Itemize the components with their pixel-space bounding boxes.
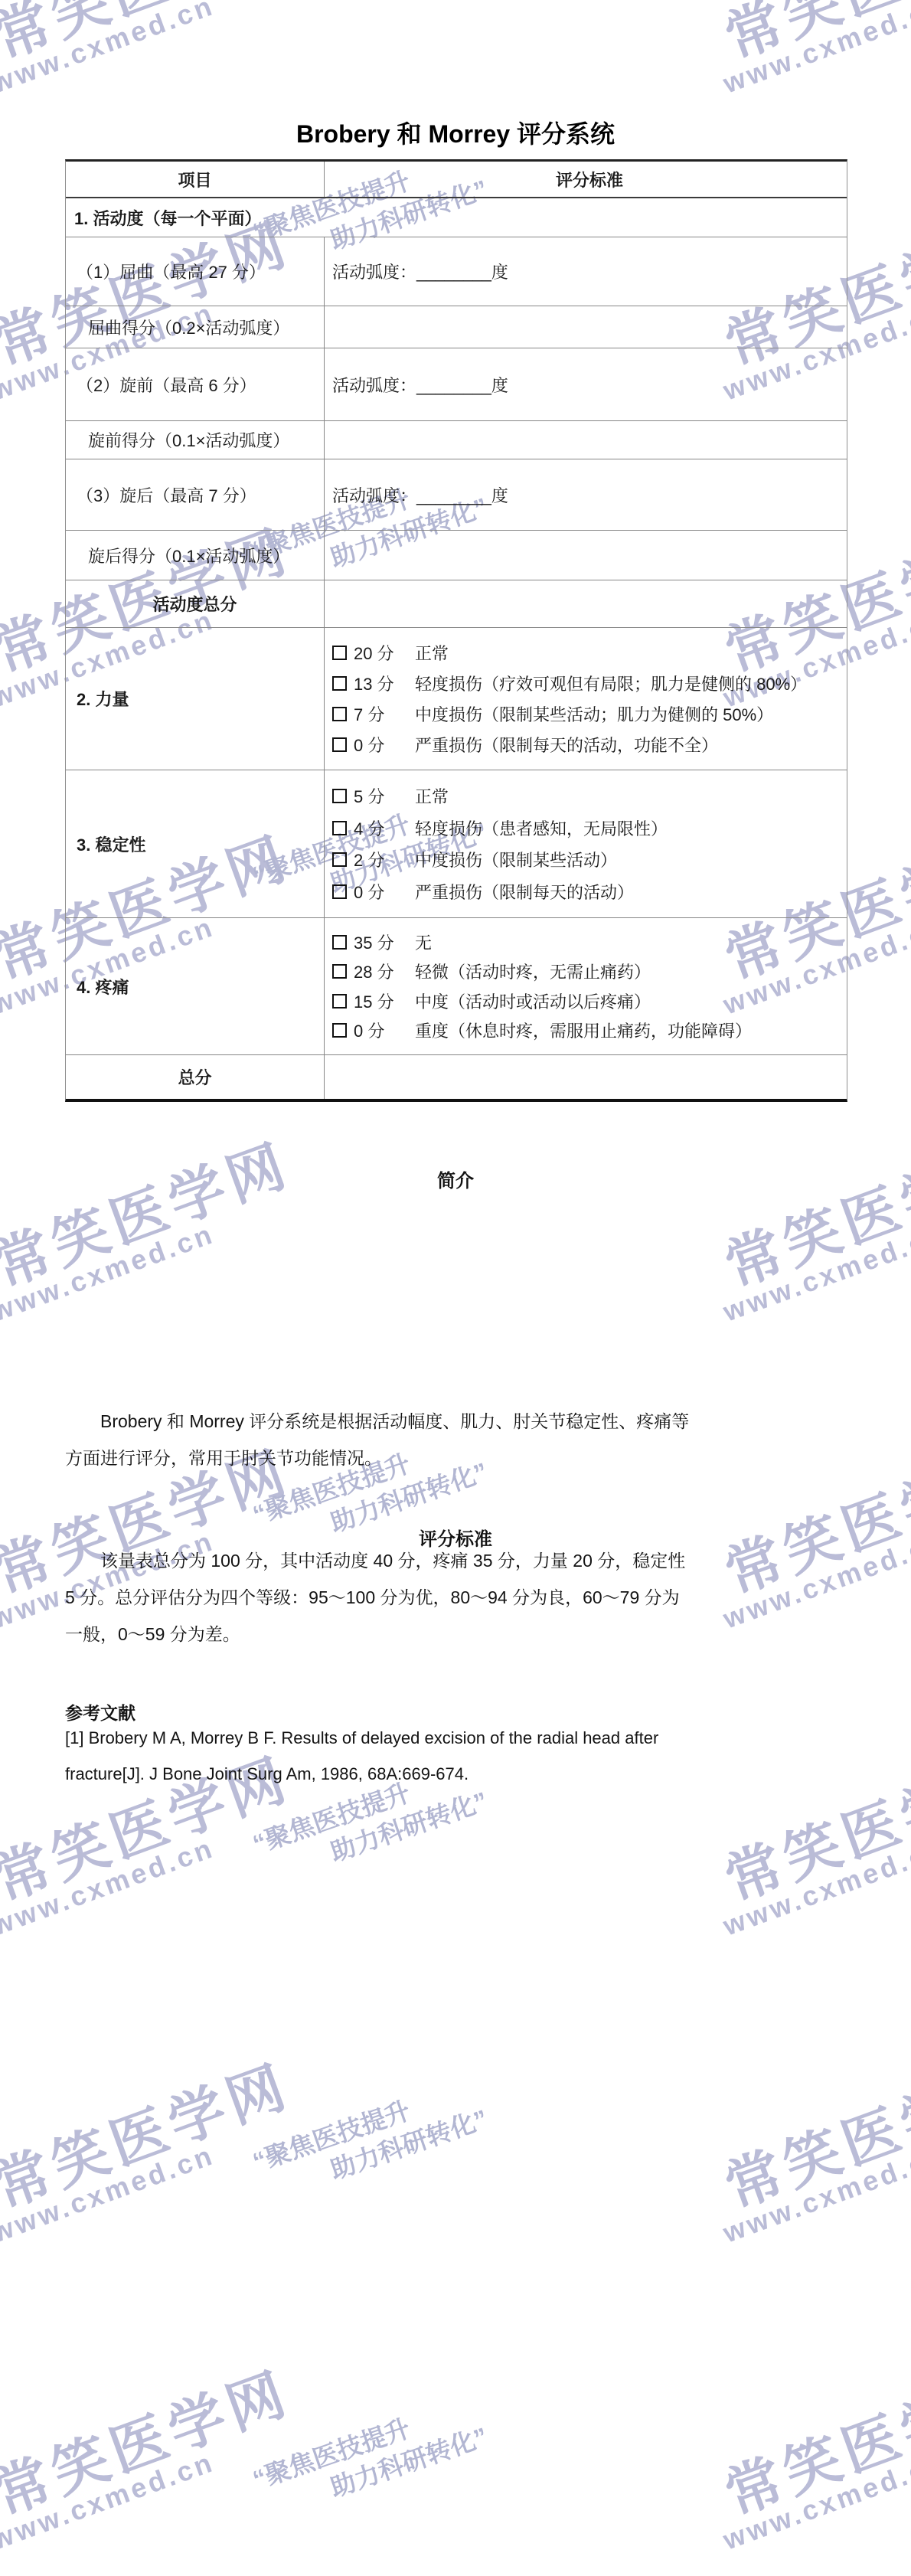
criteria-empty (325, 580, 847, 627)
criteria-empty (325, 306, 847, 348)
option-desc: 正常 (415, 641, 842, 665)
item-flexion: （1）屈曲（最高 27 分） (66, 237, 325, 306)
option-score: 28 分 (354, 959, 415, 983)
table-row-total: 总分 (66, 1054, 847, 1099)
criteria-line: 该量表总分为 100 分，其中活动度 40 分，疼痛 35 分，力量 20 分，… (65, 1542, 847, 1579)
intro-heading: 简介 (0, 1165, 911, 1192)
option-row: 15 分 中度（活动时或活动以后疼痛） (332, 989, 842, 1013)
option-row: 0 分 严重损伤（限制每天的活动） (332, 880, 842, 904)
score-table: 项目 评分标准 1. 活动度（每一个平面） （1）屈曲（最高 27 分） 活动弧… (65, 159, 847, 1102)
watermark-site-name: 常笑医学网 (718, 1136, 911, 1295)
table-row: 旋前得分（0.1×活动弧度） (66, 420, 847, 459)
option-row: 20 分 正常 (332, 641, 842, 665)
option-desc: 轻度损伤（疗效可观但有局限；肌力是健侧的 80%） (415, 672, 842, 695)
option-row: 4 分 轻度损伤（患者感知，无局限性） (332, 816, 842, 840)
checkbox-icon[interactable] (332, 852, 347, 867)
table-row: （1）屈曲（最高 27 分） 活动弧度：________度 (66, 237, 847, 306)
header-cell-criteria: 评分标准 (325, 162, 847, 197)
option-row: 2 分 中度损伤（限制某些活动） (332, 848, 842, 871)
option-row: 35 分 无 (332, 930, 842, 954)
option-row: 28 分 轻微（活动时疼，无需止痛药） (332, 959, 842, 983)
watermark-site-name: 常笑医学网 (718, 2057, 911, 2216)
checkbox-icon[interactable] (332, 707, 347, 721)
criteria-empty (325, 531, 847, 580)
option-score: 0 分 (354, 880, 415, 904)
watermark-slogan-line2: 助力科研转化” (326, 1785, 492, 1869)
checkbox-icon[interactable] (332, 646, 347, 660)
table-row-pain: 4. 疼痛 35 分 无 28 分 轻微（活动时疼，无需止痛药） 15 分 (66, 917, 847, 1054)
watermark-site-url: www.cxmed.cn (720, 2416, 911, 2555)
checkbox-icon[interactable] (332, 964, 347, 979)
table-row-motion-total: 活动度总分 (66, 580, 847, 627)
watermark-site-name: 常笑医学网 (0, 2057, 297, 2216)
checkbox-icon[interactable] (332, 676, 347, 691)
option-desc: 正常 (415, 784, 842, 808)
checkbox-icon[interactable] (332, 1023, 347, 1038)
table-row: （3）旋后（最高 7 分） 活动弧度：________度 (66, 459, 847, 530)
reference-item: fracture[J]. J Bone Joint Surg Am, 1986,… (65, 1756, 847, 1792)
watermark-site-url: www.cxmed.cn (0, 1188, 306, 1326)
item-flexion-score: 屈曲得分（0.2×活动弧度） (66, 306, 325, 348)
table-row-motion-span: 1. 活动度（每一个平面） (66, 197, 847, 237)
option-desc: 严重损伤（限制每天的活动） (415, 880, 842, 904)
watermark-slogan-line2: 助力科研转化” (326, 2421, 492, 2505)
checkbox-icon[interactable] (332, 935, 347, 950)
watermark-slogan-line2: 助力科研转化” (326, 2103, 492, 2187)
option-score: 0 分 (354, 1018, 415, 1042)
watermark-slogan-line1: “聚焦医技提升 (249, 2389, 482, 2496)
watermark-logo-group: 常笑医学网www.cxmed.cn (0, 2364, 306, 2548)
option-score: 4 分 (354, 816, 415, 840)
criteria-line: 一般，0～59 分为差。 (65, 1616, 847, 1652)
option-row: 7 分 中度损伤（限制某些活动；肌力为健侧的 50%） (332, 702, 842, 726)
watermark-site-name: 常笑医学网 (0, 2364, 297, 2523)
watermark-logo-group: 常笑医学网www.cxmed.cn (0, 1136, 306, 1319)
option-desc: 无 (415, 930, 842, 954)
checkbox-icon[interactable] (332, 821, 347, 835)
watermark-site-url: www.cxmed.cn (720, 1188, 911, 1326)
table-row-stability: 3. 稳定性 5 分 正常 4 分 轻度损伤（患者感知，无局限性） 2 分 (66, 770, 847, 917)
document-content: Brobery 和 Morrey 评分系统 项目 评分标准 1. 活动度（每一个… (0, 0, 911, 1102)
table-row: 旋后得分（0.1×活动弧度） (66, 530, 847, 580)
strength-options: 20 分 正常 13 分 轻度损伤（疗效可观但有局限；肌力是健侧的 80%） 7… (325, 628, 847, 770)
watermark-logo-group: 常笑医学网www.cxmed.cn (718, 1136, 911, 1319)
pain-options: 35 分 无 28 分 轻微（活动时疼，无需止痛药） 15 分 中度（活动时或活… (325, 918, 847, 1054)
reference-item: [1] Brobery M A, Morrey B F. Results of … (65, 1720, 847, 1756)
option-score: 20 分 (354, 641, 415, 665)
watermark-logo-group: 常笑医学网www.cxmed.cn (718, 2364, 911, 2548)
checkbox-icon[interactable] (332, 737, 347, 752)
header-cell-item: 项目 (66, 162, 325, 197)
watermark-slogan: “聚焦医技提升助力科研转化” (249, 2071, 492, 2210)
option-desc: 轻度损伤（患者感知，无局限性） (415, 816, 842, 840)
table-header-row: 项目 评分标准 (66, 162, 847, 197)
item-supination-score: 旋后得分（0.1×活动弧度） (66, 531, 325, 580)
option-row: 13 分 轻度损伤（疗效可观但有局限；肌力是健侧的 80%） (332, 672, 842, 695)
item-motion-total: 活动度总分 (66, 580, 325, 627)
watermark-site-name: 常笑医学网 (0, 1136, 297, 1295)
page-title: Brobery 和 Morrey 评分系统 (0, 0, 911, 147)
watermark-site-url: www.cxmed.cn (720, 2109, 911, 2247)
document-page: 常笑医学网www.cxmed.cn常笑医学网www.cxmed.cn常笑医学网w… (0, 0, 911, 2576)
checkbox-icon[interactable] (332, 994, 347, 1008)
intro-paragraph: Brobery 和 Morrey 评分系统是根据活动幅度、肌力、肘关节稳定性、疼… (65, 1403, 847, 1476)
option-score: 5 分 (354, 784, 415, 808)
option-score: 7 分 (354, 702, 415, 726)
option-row: 0 分 严重损伤（限制每天的活动，功能不全） (332, 733, 842, 757)
criteria-empty (325, 421, 847, 459)
option-desc: 重度（休息时疼，需服用止痛药，功能障碍） (415, 1018, 842, 1042)
checkbox-icon[interactable] (332, 884, 347, 899)
watermark-slogan: “聚焦医技提升助力科研转化” (249, 2389, 492, 2528)
option-row: 0 分 重度（休息时疼，需服用止痛药，功能障碍） (332, 1018, 842, 1042)
criteria-flexion-arc: 活动弧度：________度 (325, 237, 847, 306)
criteria-paragraph: 该量表总分为 100 分，其中活动度 40 分，疼痛 35 分，力量 20 分，… (65, 1542, 847, 1652)
item-pronation: （2）旋前（最高 6 分） (66, 348, 325, 420)
option-desc: 中度损伤（限制某些活动；肌力为健侧的 50%） (415, 702, 842, 726)
option-desc: 中度损伤（限制某些活动） (415, 848, 842, 871)
item-pain: 4. 疼痛 (66, 918, 325, 1054)
intro-line: 方面进行评分，常用于肘关节功能情况。 (65, 1440, 847, 1476)
watermark-site-url: www.cxmed.cn (0, 1802, 306, 1940)
watermark-slogan-line1: “聚焦医技提升 (249, 2071, 482, 2179)
criteria-supination-arc: 活动弧度：________度 (325, 459, 847, 530)
table-row: （2）旋前（最高 6 分） 活动弧度：________度 (66, 348, 847, 420)
table-row-strength: 2. 力量 20 分 正常 13 分 轻度损伤（疗效可观但有局限；肌力是健侧的 … (66, 627, 847, 770)
intro-line: Brobery 和 Morrey 评分系统是根据活动幅度、肌力、肘关节稳定性、疼… (65, 1403, 847, 1440)
option-desc: 轻微（活动时疼，无需止痛药） (415, 959, 842, 983)
option-desc: 严重损伤（限制每天的活动，功能不全） (415, 733, 842, 757)
checkbox-icon[interactable] (332, 789, 347, 803)
references-list: [1] Brobery M A, Morrey B F. Results of … (65, 1720, 847, 1792)
item-strength: 2. 力量 (66, 628, 325, 770)
watermark-site-url: www.cxmed.cn (0, 2109, 306, 2247)
table-row: 屈曲得分（0.2×活动弧度） (66, 306, 847, 348)
watermark-site-name: 常笑医学网 (718, 2364, 911, 2523)
criteria-pronation-arc: 活动弧度：________度 (325, 348, 847, 420)
criteria-empty (325, 1055, 847, 1099)
item-total: 总分 (66, 1055, 325, 1099)
watermark-site-url: www.cxmed.cn (720, 1802, 911, 1940)
item-pronation-score: 旋前得分（0.1×活动弧度） (66, 421, 325, 459)
option-score: 15 分 (354, 989, 415, 1013)
watermark-logo-group: 常笑医学网www.cxmed.cn (0, 2057, 306, 2241)
watermark-logo-group: 常笑医学网www.cxmed.cn (718, 2057, 911, 2241)
stability-options: 5 分 正常 4 分 轻度损伤（患者感知，无局限性） 2 分 中度损伤（限制某些… (325, 770, 847, 917)
option-row: 5 分 正常 (332, 784, 842, 808)
option-score: 0 分 (354, 733, 415, 757)
option-score: 2 分 (354, 848, 415, 871)
item-supination: （3）旋后（最高 7 分） (66, 459, 325, 530)
option-score: 13 分 (354, 672, 415, 695)
item-stability: 3. 稳定性 (66, 770, 325, 917)
criteria-line: 5 分。总分评估分为四个等级：95～100 分为优，80～94 分为良，60～7… (65, 1579, 847, 1616)
option-desc: 中度（活动时或活动以后疼痛） (415, 989, 842, 1013)
watermark-site-url: www.cxmed.cn (0, 2416, 306, 2555)
option-score: 35 分 (354, 930, 415, 954)
motion-section-label: 1. 活动度（每一个平面） (66, 198, 847, 237)
